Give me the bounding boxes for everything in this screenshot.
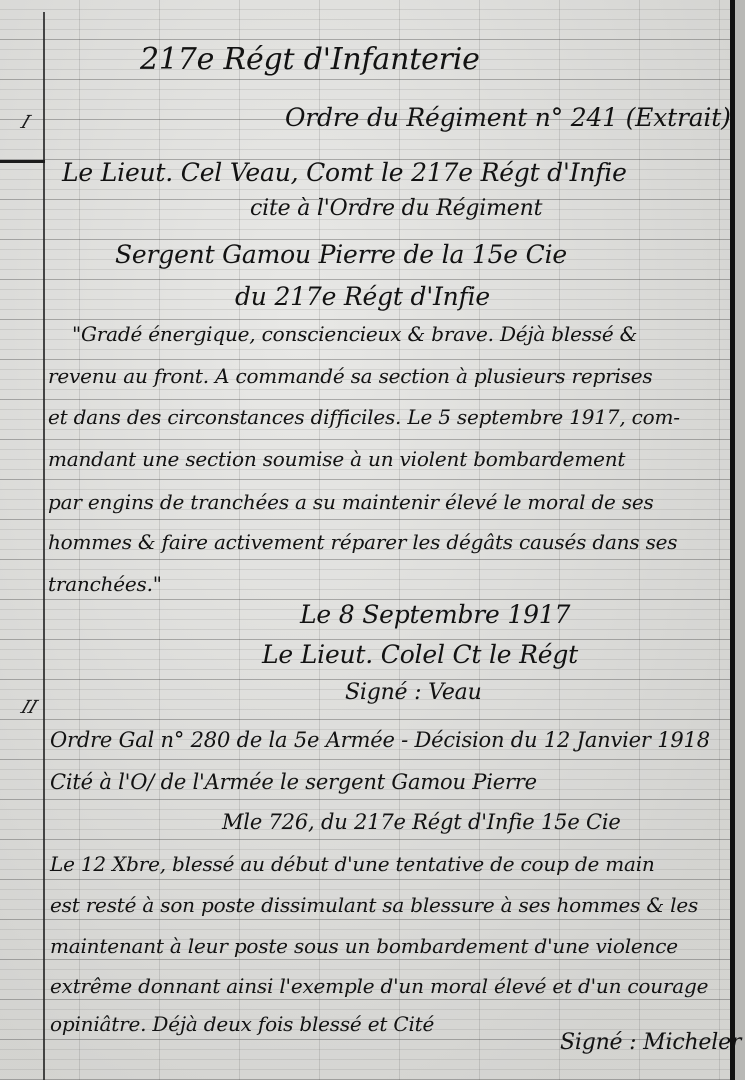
regiment-header: 217e Régt d'Infanterie [140,42,480,77]
order-body-line: extrême donnant ainsi l'exemple d'un mor… [50,974,708,998]
signature-veau: Signé : Veau [345,680,482,705]
order-body-line: Mle 726, du 217e Régt d'Infie 15e Cie [222,810,621,834]
soldier-unit: du 217e Régt d'Infie [235,282,490,311]
order-body-line: maintenant à leur poste sous un bombarde… [50,934,678,958]
section-marker-1: I [18,112,33,133]
citation-body-line: tranchées." [48,572,162,596]
signatory-title: Le Lieut. Colel Ct le Régt [262,640,578,669]
citation-body-line: revenu au front. A commandé sa section à… [48,364,652,388]
margin-section-divider [0,160,45,163]
handwritten-document-page: I II 217e Régt d'Infanterie Ordre du Rég… [0,0,745,1080]
citation-heading: cite à l'Ordre du Régiment [250,196,542,221]
signature-micheler: Signé : Micheler [560,1030,741,1055]
order-body-line: est resté à son poste dissimulant sa ble… [50,893,698,917]
citation-body-line: par engins de tranchées a su maintenir é… [48,490,654,514]
citation-body-line: et dans des circonstances difficiles. Le… [48,405,680,429]
citation-body-line: mandant une section soumise à un violent… [48,447,625,471]
section-marker-2: II [18,697,40,718]
soldier-line: Sergent Gamou Pierre de la 15e Cie [115,240,567,269]
page-edge-shadow [730,0,735,1080]
citation-body-line: "Gradé énergique, consciencieux & brave.… [72,322,637,346]
issuer-line: Le Lieut. Cel Veau, Comt le 217e Régt d'… [62,158,627,187]
order-title: Ordre du Régiment n° 241 (Extrait) [285,103,731,132]
order-body-line: Ordre Gal n° 280 de la 5e Armée - Décisi… [50,728,710,752]
order-body-line: Cité à l'O/ de l'Armée le sergent Gamou … [50,770,537,794]
citation-body-line: hommes & faire activement réparer les dé… [48,530,677,554]
date-line: Le 8 Septembre 1917 [300,600,570,629]
order-body-line: Le 12 Xbre, blessé au début d'une tentat… [50,852,655,876]
margin-rule [43,12,45,1080]
order-body-line: opiniâtre. Déjà deux fois blessé et Cité [50,1012,434,1036]
page-edge-strip [735,0,745,1080]
